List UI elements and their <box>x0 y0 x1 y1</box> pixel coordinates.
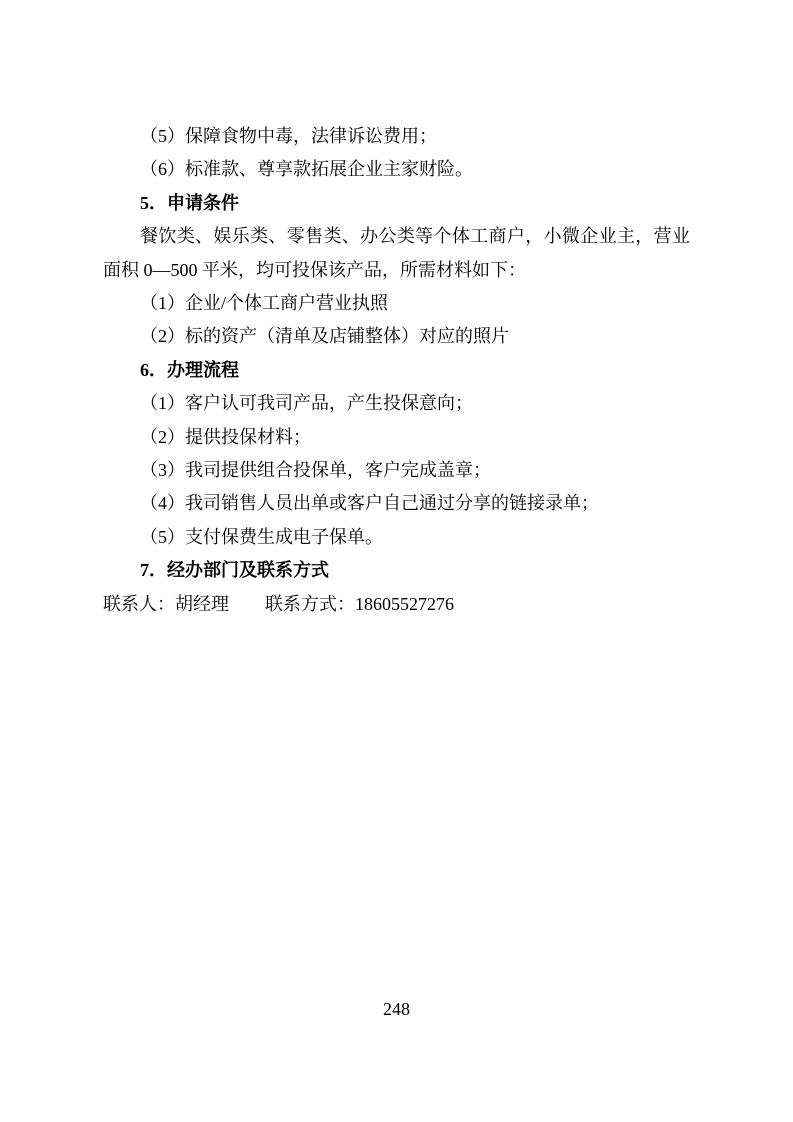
document-page: （5）保障食物中毒，法律诉讼费用； （6）标准款、尊享款拓展企业主家财险。 5．… <box>0 0 793 1122</box>
paragraph-line-1: 餐饮类、娱乐类、零售类、办公类等个体工商户，小微企业主，营业 <box>103 220 690 253</box>
page-number: 248 <box>0 999 793 1020</box>
document-content: （5）保障食物中毒，法律诉讼费用； （6）标准款、尊享款拓展企业主家财险。 5．… <box>103 120 690 621</box>
list-item-process-2: （2）提供投保材料； <box>103 421 690 454</box>
paragraph-line-2: 面积 0—500 平米，均可投保该产品，所需材料如下： <box>103 254 690 287</box>
section-heading-application-conditions: 5．申请条件 <box>103 187 690 220</box>
list-item-material-2: （2）标的资产（清单及店铺整体）对应的照片 <box>103 320 690 353</box>
list-item-process-1: （1）客户认可我司产品，产生投保意向； <box>103 387 690 420</box>
list-item-coverage-6: （6）标准款、尊享款拓展企业主家财险。 <box>103 153 690 186</box>
list-item-material-1: （1）企业/个体工商户营业执照 <box>103 287 690 320</box>
contact-info-line: 联系人：胡经理 联系方式：18605527276 <box>103 588 690 621</box>
list-item-process-5: （5）支付保费生成电子保单。 <box>103 521 690 554</box>
list-item-process-4: （4）我司销售人员出单或客户自己通过分享的链接录单； <box>103 487 690 520</box>
list-item-process-3: （3）我司提供组合投保单，客户完成盖章； <box>103 454 690 487</box>
list-item-coverage-5: （5）保障食物中毒，法律诉讼费用； <box>103 120 690 153</box>
section-heading-contact: 7．经办部门及联系方式 <box>103 554 690 587</box>
section-heading-process: 6．办理流程 <box>103 354 690 387</box>
